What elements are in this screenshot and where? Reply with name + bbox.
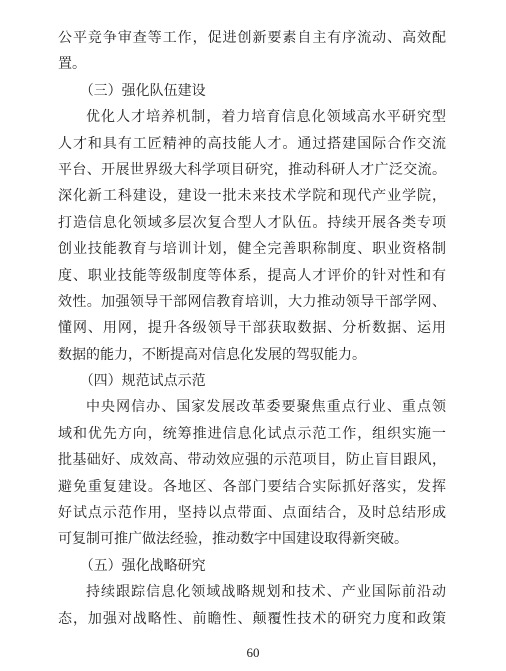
text-line: 人才和具有工匠精神的高技能人才。通过搭建国际合作交流 xyxy=(58,132,446,158)
text-line: 态，加强对战略性、前瞻性、颠覆性技术的研究力度和政策 xyxy=(58,607,446,633)
text-line: 效性。加强领导干部网信教育培训，大力推动领导干部学网、 xyxy=(58,290,446,316)
section-heading: （三）强化队伍建设 xyxy=(58,79,446,105)
text-line: 公平竞争审查等工作，促进创新要素自主有序流动、高效配 xyxy=(58,26,446,52)
text-line: 持续跟踪信息化领域战略规划和技术、产业国际前沿动 xyxy=(58,580,446,606)
text-line: 好试点示范作用，坚持以点带面、点面结合，及时总结形成 xyxy=(58,501,446,527)
document-page: 公平竞争审查等工作，促进创新要素自主有序流动、高效配 置。 （三）强化队伍建设 … xyxy=(0,0,506,671)
text-line: 避免重复建设。各地区、各部门要结合实际抓好落实，发挥 xyxy=(58,475,446,501)
text-line: 优化人才培养机制，着力培育信息化领域高水平研究型 xyxy=(58,105,446,131)
text-line: 置。 xyxy=(58,52,446,78)
page-body: 公平竞争审查等工作，促进创新要素自主有序流动、高效配 置。 （三）强化队伍建设 … xyxy=(58,26,446,633)
text-line: 创业技能教育与培训计划，健全完善职称制度、职业资格制 xyxy=(58,237,446,263)
text-line: 中央网信办、国家发展改革委要聚焦重点行业、重点领 xyxy=(58,395,446,421)
text-line: 批基础好、成效高、带动效应强的示范项目，防止盲目跟风， xyxy=(58,448,446,474)
text-line: 深化新工科建设，建设一批未来技术学院和现代产业学院， xyxy=(58,184,446,210)
section-heading: （四）规范试点示范 xyxy=(58,369,446,395)
text-line: 打造信息化领域多层次复合型人才队伍。持续开展各类专项 xyxy=(58,211,446,237)
text-line: 度、职业技能等级制度等体系，提高人才评价的针对性和有 xyxy=(58,264,446,290)
text-line: 平台、开展世界级大科学项目研究，推动科研人才广泛交流。 xyxy=(58,158,446,184)
text-line: 域和优先方向，统筹推进信息化试点示范工作，组织实施一 xyxy=(58,422,446,448)
page-number: 60 xyxy=(0,645,506,661)
text-line: 可复制可推广做法经验，推动数字中国建设取得新突破。 xyxy=(58,527,446,553)
section-heading: （五）强化战略研究 xyxy=(58,554,446,580)
text-line: 数据的能力，不断提高对信息化发展的驾驭能力。 xyxy=(58,343,446,369)
text-line: 懂网、用网，提升各级领导干部获取数据、分析数据、运用 xyxy=(58,316,446,342)
